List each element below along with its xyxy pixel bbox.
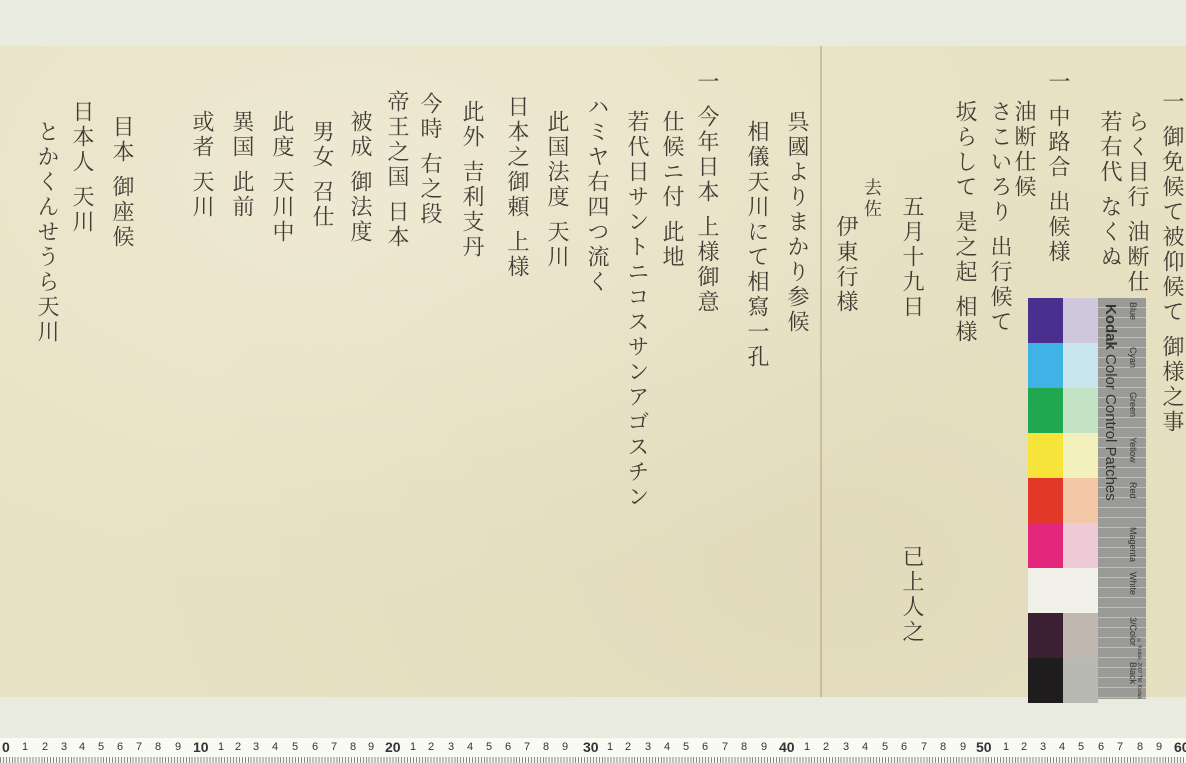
ruler-tick-label: 6 xyxy=(505,741,511,753)
manuscript-column: 目本 御座候 xyxy=(110,115,132,250)
ruler-tick-label: 4 xyxy=(272,741,278,753)
ruler-tick-label: 4 xyxy=(862,741,868,753)
scan-backdrop-top xyxy=(0,0,1186,46)
ruler-tick-label: 2 xyxy=(625,741,631,753)
ruler-tick-label: 20 xyxy=(385,739,401,755)
kodak-brand: Kodak xyxy=(1102,304,1119,350)
kodak-copyright: © Kodak, 2007 TM: Kodak xyxy=(1136,638,1142,699)
ruler-tick-label: 3 xyxy=(253,741,259,753)
manuscript-column: 或者 天川 xyxy=(190,110,212,220)
manuscript-column: ハミヤ右四つ流く xyxy=(585,95,607,295)
patch-dark xyxy=(1028,298,1063,343)
ruler-tick-label: 6 xyxy=(1098,741,1104,753)
ruler-tick-label: 1 xyxy=(410,741,416,753)
ruler-tick-label: 9 xyxy=(368,741,374,753)
manuscript-column: らく目行 油断仕 xyxy=(1125,110,1147,295)
ruler-tick-label: 2 xyxy=(235,741,241,753)
patch-label: White xyxy=(1128,572,1138,595)
ruler-tick-label: 2 xyxy=(42,741,48,753)
ruler-tick-label: 7 xyxy=(722,741,728,753)
ruler-tick-label: 3 xyxy=(61,741,67,753)
manuscript-column: 仕候ニ付 此地 xyxy=(660,110,682,270)
ruler-tick-label: 60 xyxy=(1174,739,1186,755)
ruler-tick-label: 5 xyxy=(486,741,492,753)
patch-light xyxy=(1063,298,1098,343)
ruler-tick-label: 0 xyxy=(2,739,10,755)
patch-light xyxy=(1063,523,1098,568)
ruler-tick-label: 9 xyxy=(960,741,966,753)
manuscript-column: 若右代 なくぬ xyxy=(1098,110,1120,270)
manuscript-column: 日本之御頼 上様 xyxy=(505,95,527,280)
manuscript-column: 今時 右之段 xyxy=(418,92,440,227)
patch-label: Red xyxy=(1128,482,1138,499)
ruler-tick-label: 7 xyxy=(1117,741,1123,753)
patch-dark xyxy=(1028,343,1063,388)
manuscript-column: 此外 吉利支丹 xyxy=(460,100,482,260)
manuscript-column: 男女 召仕 xyxy=(310,120,332,230)
patch-light xyxy=(1063,658,1098,703)
manuscript-column: 帝王之国 日本 xyxy=(385,90,407,250)
manuscript-column: 油断仕候 xyxy=(1012,100,1034,200)
patch-label: Yellow xyxy=(1128,437,1138,463)
ruler-tick-label: 5 xyxy=(683,741,689,753)
manuscript-column: 呉國よりまかり参候 xyxy=(785,110,807,335)
manuscript-column: 此国法度 天川 xyxy=(545,110,567,270)
ruler-tick-label: 4 xyxy=(664,741,670,753)
ruler-tick-label: 8 xyxy=(940,741,946,753)
manuscript-column: 坂らして 是之起 相様 xyxy=(953,100,975,345)
ruler-tick-label: 2 xyxy=(428,741,434,753)
manuscript-column: 此度 天川中 xyxy=(270,110,292,245)
patch-dark xyxy=(1028,388,1063,433)
signature-prefix: 去佐 xyxy=(862,178,880,220)
manuscript-column: 一 御免候て被仰候て 御様之事 xyxy=(1160,90,1182,435)
ruler-tick-label: 50 xyxy=(976,739,992,755)
scan-backdrop-bottom xyxy=(0,697,1186,738)
ruler-tick-label: 1 xyxy=(218,741,224,753)
ruler-tick-label: 8 xyxy=(741,741,747,753)
ruler-tick-label: 1 xyxy=(607,741,613,753)
ruler-tick-label: 6 xyxy=(312,741,318,753)
signature: 伊東行様 xyxy=(834,215,856,315)
patch-light xyxy=(1063,568,1098,613)
ruler-tick-label: 3 xyxy=(843,741,849,753)
patch-label: Blue xyxy=(1128,302,1138,320)
manuscript-column: 被成 御法度 xyxy=(348,110,370,245)
ruler-tick-label: 6 xyxy=(117,741,123,753)
ruler-tick-label: 7 xyxy=(524,741,530,753)
patch-light xyxy=(1063,613,1098,658)
closing-mark: 已上人之 xyxy=(900,545,922,645)
patch-label: Green xyxy=(1128,392,1138,417)
ruler-tick-label: 9 xyxy=(1156,741,1162,753)
ruler-tick-label: 5 xyxy=(882,741,888,753)
ruler-tick-label: 2 xyxy=(1021,741,1027,753)
ruler-tick-label: 30 xyxy=(583,739,599,755)
manuscript-column: 若代日サントニコスサンアゴスチン xyxy=(625,110,647,510)
patch-light xyxy=(1063,388,1098,433)
patch-light xyxy=(1063,433,1098,478)
manuscript-column: 異国 此前 xyxy=(230,110,252,220)
ruler-tick-label: 1 xyxy=(22,741,28,753)
ruler-tick-label: 4 xyxy=(467,741,473,753)
ruler-tick-label: 2 xyxy=(823,741,829,753)
ruler-tick-label: 5 xyxy=(292,741,298,753)
ruler-tick-label: 5 xyxy=(98,741,104,753)
patch-dark xyxy=(1028,523,1063,568)
manuscript-column: 一 中路合 出候様 xyxy=(1046,70,1068,265)
date-line: 五月十九日 xyxy=(900,195,922,320)
kodak-title: Kodak Color Control Patches xyxy=(1102,304,1119,501)
ruler-tick-label: 8 xyxy=(155,741,161,753)
patch-dark xyxy=(1028,433,1063,478)
manuscript-column: さこいろり 出行候て xyxy=(988,100,1010,335)
kodak-title-text: Color Control Patches xyxy=(1102,354,1119,501)
patch-light xyxy=(1063,343,1098,388)
ruler-tick-label: 3 xyxy=(1040,741,1046,753)
patch-label: Cyan xyxy=(1128,347,1138,368)
manuscript-column: 日本人 天川 xyxy=(70,100,92,235)
ruler-tick-label: 4 xyxy=(1059,741,1065,753)
manuscript-column: 相儀天川にて相寫一孔 xyxy=(745,120,767,370)
ruler-tick-label: 4 xyxy=(79,741,85,753)
ruler-tick-label: 7 xyxy=(331,741,337,753)
ruler-tick-label: 8 xyxy=(1137,741,1143,753)
ruler-tick-label: 1 xyxy=(804,741,810,753)
ruler-tick-label: 9 xyxy=(175,741,181,753)
patch-dark xyxy=(1028,478,1063,523)
ruler-tick-label: 5 xyxy=(1078,741,1084,753)
patch-dark xyxy=(1028,658,1063,703)
ruler-tick-label: 1 xyxy=(1003,741,1009,753)
ruler-tick-label: 7 xyxy=(136,741,142,753)
patch-light xyxy=(1063,478,1098,523)
ruler-tick-label: 9 xyxy=(761,741,767,753)
ruler-tick-label: 3 xyxy=(448,741,454,753)
paper-seam xyxy=(820,46,822,697)
ruler-tick-label: 6 xyxy=(702,741,708,753)
ruler-tick-label: 8 xyxy=(543,741,549,753)
ruler-tick-label: 8 xyxy=(350,741,356,753)
ruler-tick-label: 3 xyxy=(645,741,651,753)
kodak-color-control-strip: Kodak Color Control Patches BlueCyanGree… xyxy=(1028,298,1146,699)
ruler-tick-label: 40 xyxy=(779,739,795,755)
patch-dark xyxy=(1028,568,1063,613)
ruler-tick-label: 10 xyxy=(193,739,209,755)
ruler-tick-label: 9 xyxy=(562,741,568,753)
manuscript-column: 一 今年日本 上様御意 xyxy=(695,70,717,315)
ruler-tick-label: 7 xyxy=(921,741,927,753)
patch-dark xyxy=(1028,613,1063,658)
manuscript-column: とかくんせうら天川 xyxy=(35,120,57,345)
ruler-tick-label: 6 xyxy=(901,741,907,753)
patch-label: Magenta xyxy=(1128,527,1138,562)
